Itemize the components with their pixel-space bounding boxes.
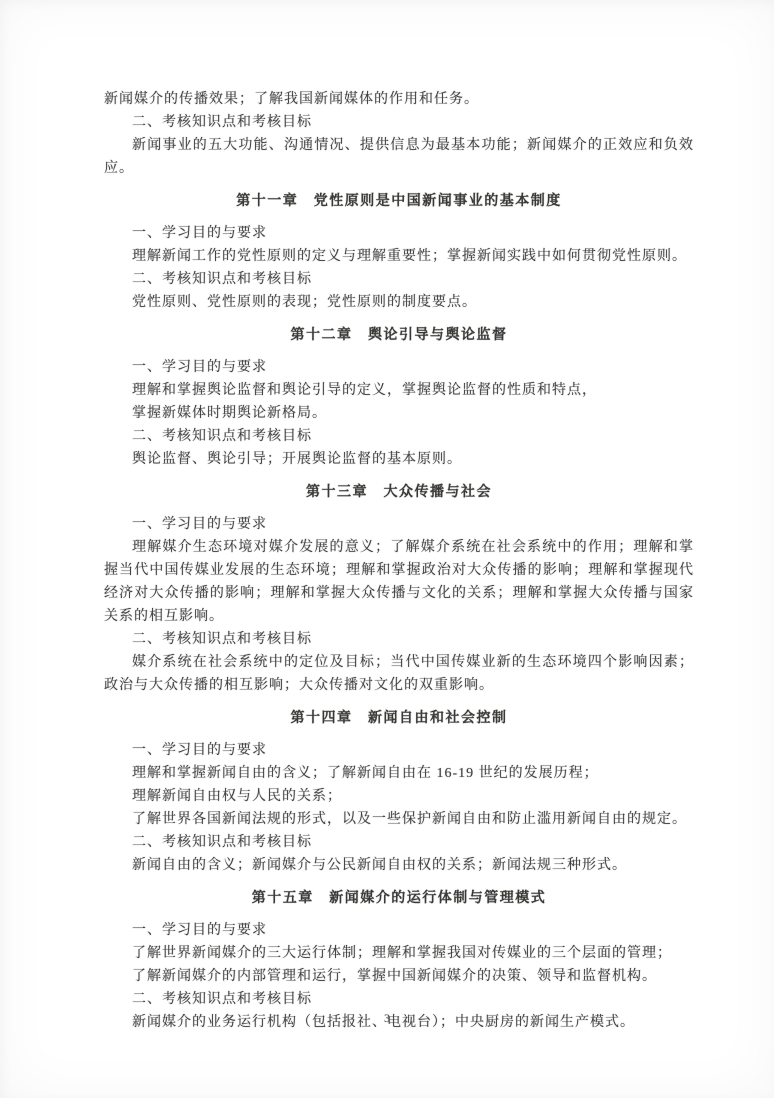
document-paragraph: 理解新闻工作的党性原则的定义与理解重要性；掌握新闻实践中如何贯彻党性原则。	[104, 245, 694, 268]
document-paragraph: 新闻媒介的传播效果；了解我国新闻媒体的作用和任务。	[104, 88, 694, 111]
document-paragraph: 一、学习目的与要求	[104, 739, 694, 762]
document-paragraph: 理解和掌握舆论监督和舆论引导的定义，掌握舆论监督的性质和特点，	[104, 379, 694, 402]
document-paragraph: 了解世界各国新闻法规的形式，以及一些保护新闻自由和防止滥用新闻自由的规定。	[104, 808, 694, 831]
document-paragraph: 一、学习目的与要求	[104, 513, 694, 536]
document-paragraph: 一、学习目的与要求	[104, 222, 694, 245]
page-number: 3	[0, 1011, 774, 1026]
document-paragraph: 舆论监督、舆论引导；开展舆论监督的基本原则。	[104, 448, 694, 471]
document-paragraph: 二、考核知识点和考核目标	[104, 268, 694, 291]
document-paragraph: 一、学习目的与要求	[104, 356, 694, 379]
document-paragraph: 媒介系统在社会系统中的定位及目标；当代中国传媒业新的生态环境四个影响因素；政治与…	[104, 651, 694, 697]
document-paragraph: 二、考核知识点和考核目标	[104, 425, 694, 448]
document-body: 新闻媒介的传播效果；了解我国新闻媒体的作用和任务。二、考核知识点和考核目标新闻事…	[104, 88, 694, 1034]
document-paragraph: 新闻事业的五大功能、沟通情况、提供信息为最基本功能；新闻媒介的正效应和负效应。	[104, 134, 694, 180]
chapter-heading: 第十五章 新闻媒介的运行体制与管理模式	[104, 887, 694, 910]
document-paragraph: 一、学习目的与要求	[104, 919, 694, 942]
chapter-heading: 第十二章 舆论引导与舆论监督	[104, 324, 694, 347]
document-paragraph: 理解新闻自由权与人民的关系；	[104, 785, 694, 808]
document-paragraph: 二、考核知识点和考核目标	[104, 111, 694, 134]
document-paragraph: 掌握新媒体时期舆论新格局。	[104, 402, 694, 425]
chapter-heading: 第十三章 大众传播与社会	[104, 481, 694, 504]
document-paragraph: 了解世界新闻媒介的三大运行体制；理解和掌握我国对传媒业的三个层面的管理；	[104, 942, 694, 965]
scanned-document-page: 新闻媒介的传播效果；了解我国新闻媒体的作用和任务。二、考核知识点和考核目标新闻事…	[0, 0, 774, 1098]
document-paragraph: 新闻自由的含义；新闻媒介与公民新闻自由权的关系；新闻法规三种形式。	[104, 854, 694, 877]
document-paragraph: 二、考核知识点和考核目标	[104, 831, 694, 854]
chapter-heading: 第十四章 新闻自由和社会控制	[104, 707, 694, 730]
document-paragraph: 理解和掌握新闻自由的含义；了解新闻自由在 16-19 世纪的发展历程；	[104, 762, 694, 785]
document-paragraph: 党性原则、党性原则的表现；党性原则的制度要点。	[104, 291, 694, 314]
document-paragraph: 理解媒介生态环境对媒介发展的意义；了解媒介系统在社会系统中的作用；理解和掌握当代…	[104, 536, 694, 628]
document-paragraph: 二、考核知识点和考核目标	[104, 628, 694, 651]
chapter-heading: 第十一章 党性原则是中国新闻事业的基本制度	[104, 190, 694, 213]
document-paragraph: 二、考核知识点和考核目标	[104, 988, 694, 1011]
document-paragraph: 了解新闻媒介的内部管理和运行，掌握中国新闻媒介的决策、领导和监督机构。	[104, 965, 694, 988]
